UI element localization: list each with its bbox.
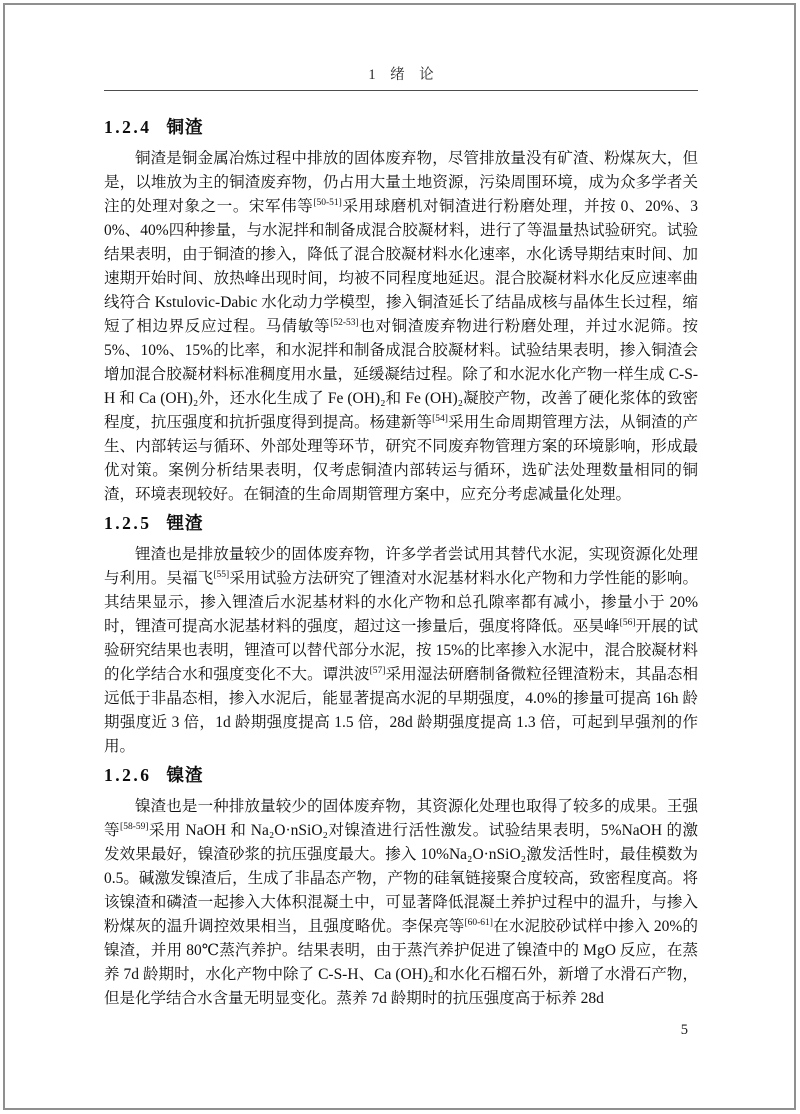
section-title: 镍渣 bbox=[167, 765, 204, 785]
citation-ref: [57] bbox=[370, 666, 386, 676]
header-rule bbox=[104, 90, 698, 91]
section-heading-lithium-slag: 1.2.5锂渣 bbox=[104, 511, 698, 535]
text-run: 采用球磨机对铜渣进行粉磨处理，并按 0、20%、30%、40%四种掺量，与水泥拌… bbox=[104, 198, 698, 335]
section-nickel-slag: 1.2.6镍渣 镍渣也是一种排放量较少的固体废弃物，其资源化处理也取得了较多的成… bbox=[104, 763, 698, 1011]
citation-ref: [60-61] bbox=[464, 918, 493, 928]
page-body: 1.2.4铜渣 铜渣是铜金属冶炼过程中排放的固体废弃物，尽管排放量没有矿渣、粉煤… bbox=[104, 115, 698, 1011]
section-number: 1.2.6 bbox=[104, 765, 152, 785]
page-content: 1 绪 论 1.2.4铜渣 铜渣是铜金属冶炼过程中排放的固体废弃物，尽管排放量没… bbox=[104, 0, 698, 1011]
section-number: 1.2.5 bbox=[104, 513, 152, 533]
section-number: 1.2.4 bbox=[104, 117, 152, 137]
paragraph-copper-slag: 铜渣是铜金属冶炼过程中排放的固体废弃物，尽管排放量没有矿渣、粉煤灰大，但是，以堆… bbox=[104, 147, 698, 507]
citation-ref: [55] bbox=[213, 570, 229, 580]
paragraph-nickel-slag: 镍渣也是一种排放量较少的固体废弃物，其资源化处理也取得了较多的成果。王强等[58… bbox=[104, 795, 698, 1011]
section-heading-nickel-slag: 1.2.6镍渣 bbox=[104, 763, 698, 787]
section-title: 铜渣 bbox=[167, 117, 204, 137]
section-lithium-slag: 1.2.5锂渣 锂渣也是排放量较少的固体废弃物，许多学者尝试用其替代水泥，实现资… bbox=[104, 511, 698, 759]
section-heading-copper-slag: 1.2.4铜渣 bbox=[104, 115, 698, 139]
citation-ref: [56] bbox=[620, 618, 636, 628]
running-header-title: 1 绪 论 bbox=[104, 63, 698, 84]
page-header: 1 绪 论 bbox=[104, 63, 698, 91]
paragraph-lithium-slag: 锂渣也是排放量较少的固体废弃物，许多学者尝试用其替代水泥，实现资源化处理与利用。… bbox=[104, 543, 698, 759]
citation-ref: [54] bbox=[432, 414, 448, 424]
section-title: 锂渣 bbox=[167, 513, 204, 533]
citation-ref: [50-51] bbox=[313, 198, 342, 208]
citation-ref: [52-53] bbox=[330, 318, 359, 328]
section-copper-slag: 1.2.4铜渣 铜渣是铜金属冶炼过程中排放的固体废弃物，尽管排放量没有矿渣、粉煤… bbox=[104, 115, 698, 507]
page-number: 5 bbox=[681, 1022, 688, 1039]
citation-ref: [58-59] bbox=[120, 822, 149, 832]
